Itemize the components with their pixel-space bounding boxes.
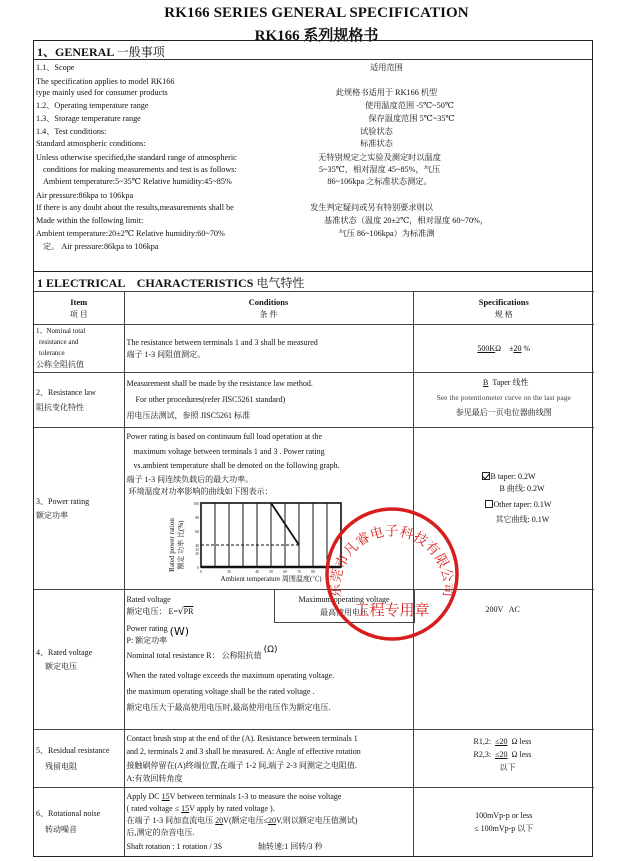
power-derating-chart: Rated power ration 额定 功率 比(%) 1008060 40… — [167, 498, 347, 580]
standard-conditions-text-2: conditions for making measurements and t… — [43, 164, 237, 175]
section-general-heading: 1、GENERAL 一般事项 — [34, 41, 592, 60]
svg-text:100: 100 — [193, 502, 199, 506]
resistance-value: 500K — [477, 344, 495, 353]
svg-text:0: 0 — [200, 570, 202, 574]
test-conditions-label: 1.4、Test conditions: — [36, 126, 106, 137]
reference-conditions-2: 定。 Air pressure:86kpa to 106kpa — [43, 241, 159, 252]
air-pressure-text: Air pressure:86kpa to 106kpa — [36, 190, 133, 201]
section-electrical-heading: 1 ELECTRICAL CHARACTERISTICS 电气特性 — [34, 272, 592, 291]
svg-text:20: 20 — [227, 570, 231, 574]
item-rotational-noise: 6、Rotational noise 转动噪音 — [34, 788, 124, 856]
standard-conditions-label: Standard atmospheric conditions: — [36, 138, 146, 149]
item-rated-voltage: 4、Rated voltage 额定电压 — [34, 590, 124, 730]
doubt-cn-1: 发生判定疑问或另有特别要求则以 — [274, 202, 469, 213]
scope-text-1: The specification applies to model RK166 — [36, 76, 174, 87]
conditions-rotational-noise: Apply DC 15V between terminals 1-3 to me… — [124, 788, 413, 856]
svg-text:60: 60 — [195, 530, 199, 534]
standard-conditions-cn-1: 无特别规定之实验及测定时以温度 — [282, 152, 477, 163]
chart-xlabel: Ambient temperature 周围温度(℃) — [220, 574, 322, 582]
table-row: 4、Rated voltage 额定电压 Maximum operating v… — [34, 590, 594, 730]
svg-text:50: 50 — [269, 570, 273, 574]
table-row: 5、Residual resistance 残留电阻 Contact brush… — [34, 730, 594, 788]
svg-text:额定 功率 比(%): 额定 功率 比(%) — [176, 519, 185, 569]
spec-power-rating: B taper: 0.2W B 曲线: 0.2W Other taper: 0.… — [413, 428, 594, 590]
standard-conditions-text-3: Ambient temperature:5~35℃ Relative humid… — [43, 176, 232, 187]
checkbox-checked-icon[interactable] — [482, 472, 490, 480]
header-item: Item项 目 — [34, 292, 124, 325]
scope-label: 1.1、Scope — [36, 62, 74, 73]
electrical-table: Item项 目 Conditions条 件 Specifications规 格 … — [34, 291, 594, 856]
item-power-rating: 3、Power rating 额定功率 — [34, 428, 124, 590]
storage-temp-label: 1.3、Storage temperature range — [36, 113, 141, 124]
electrical-heading-text: 1 ELECTRICAL CHARACTERISTICS — [37, 276, 253, 290]
electrical-heading-cn: 电气特性 — [256, 276, 304, 290]
spec-resistance-law: BTaper 线性 See the potentiometer curve on… — [413, 373, 594, 428]
conditions-power-rating: Power rating is based on continuum full … — [124, 428, 413, 590]
taper-value: B — [479, 378, 492, 387]
table-row: 2、Resistance law 阻抗变化特性 Measurement shal… — [34, 373, 594, 428]
derating-chart-svg: Rated power ration 额定 功率 比(%) 1008060 40… — [167, 498, 357, 582]
header-specifications: Specifications规 格 — [413, 292, 594, 325]
scope-cn: 适用范围 — [289, 62, 484, 73]
svg-text:40: 40 — [255, 570, 259, 574]
item-resistance-law: 2、Resistance law 阻抗变化特性 — [34, 373, 124, 428]
table-row: 3、Power rating 额定功率 Power rating is base… — [34, 428, 594, 590]
svg-text:80: 80 — [195, 516, 199, 520]
conditions-residual-resistance: Contact brush stop at the end of the (A)… — [124, 730, 413, 788]
spec-residual-resistance: R1,2: ≤20 Ω less R2,3: ≤20 Ω less 以下 — [413, 730, 594, 788]
operating-temp-label: 1.2、Operating temperature range — [36, 100, 149, 111]
conditions-nominal-resistance: The resistance between terminals 1 and 3… — [124, 325, 413, 373]
header-conditions: Conditions条 件 — [124, 292, 413, 325]
scope-text-cn: 此规格书适用于 RK166 机型 — [289, 87, 484, 98]
standard-conditions-text-1: Unless otherwise specified,the standard … — [36, 152, 237, 163]
standard-conditions-cn-2: 5~35℃，相对湿度 45~85%，气压 — [282, 164, 477, 175]
document-title: RK166 SERIES GENERAL SPECIFICATION — [0, 5, 633, 22]
option-other-taper[interactable]: Other taper: 0.1W — [482, 498, 593, 511]
tolerance-value: 20 — [513, 344, 521, 353]
svg-text:80: 80 — [311, 570, 315, 574]
operating-temp-cn: 使用温度范围 -5℃~50℃ — [312, 100, 507, 111]
svg-text:20: 20 — [195, 552, 199, 556]
conditions-rated-voltage: Maximum operating voltage 最高使用电压 Rated v… — [124, 590, 413, 730]
svg-text:0: 0 — [197, 566, 199, 570]
chart-ylabel: Rated power ration — [168, 517, 176, 571]
storage-temp-cn: 保存温度范围 5℃~35℃ — [314, 113, 509, 124]
spec-rated-voltage: 200V AC — [413, 590, 594, 730]
spec-nominal-resistance: 500KΩ ±20 % — [413, 325, 594, 373]
standard-conditions-cn-3: 86~106kpa 之标准状态测定。 — [282, 176, 477, 187]
doubt-cn-3: 气压 86~106kpa）为标准测 — [289, 228, 484, 239]
general-heading-cn: 一般事项 — [117, 45, 165, 59]
doubt-cn-2: 基准状态（温度 20±2℃，相对湿度 60~70%， — [296, 215, 516, 226]
max-operating-voltage-box: Maximum operating voltage 最高使用电压 — [274, 590, 415, 623]
spec-rotational-noise: 100mVp-p or less ≤ 100mVp-p 以下 — [413, 788, 594, 856]
checkbox-empty-icon[interactable] — [485, 500, 493, 508]
svg-text:70: 70 — [297, 570, 301, 574]
spec-sheet: 1、GENERAL 一般事项 1.1、Scope The specificati… — [33, 40, 593, 857]
table-row: 6、Rotational noise 转动噪音 Apply DC 15V bet… — [34, 788, 594, 856]
item-residual-resistance: 5、Residual resistance 残留电阻 — [34, 730, 124, 788]
general-section-body: 1.1、Scope The specification applies to m… — [34, 60, 592, 271]
svg-text:60: 60 — [283, 570, 287, 574]
conditions-resistance-law: Measurement shall be made by the resista… — [124, 373, 413, 428]
doubt-text-1: If there is any doubt about the results,… — [36, 202, 234, 213]
scope-text-2: type mainly used for consumer products — [36, 87, 168, 98]
doubt-text-2: Made within the following limit: — [36, 215, 143, 226]
table-header-row: Item项 目 Conditions条 件 Specifications规 格 — [34, 292, 594, 325]
reference-conditions-1: Ambient temperature:20±2℃ Relative humid… — [36, 228, 225, 239]
table-row: 1、Nominal total resistance and tolerance… — [34, 325, 594, 373]
general-heading-text: 1、GENERAL — [37, 45, 114, 59]
item-nominal-resistance: 1、Nominal total resistance and tolerance… — [34, 325, 124, 373]
test-conditions-cn: 试验状态 — [279, 126, 474, 137]
standard-conditions-cn: 标准状态 — [279, 138, 474, 149]
